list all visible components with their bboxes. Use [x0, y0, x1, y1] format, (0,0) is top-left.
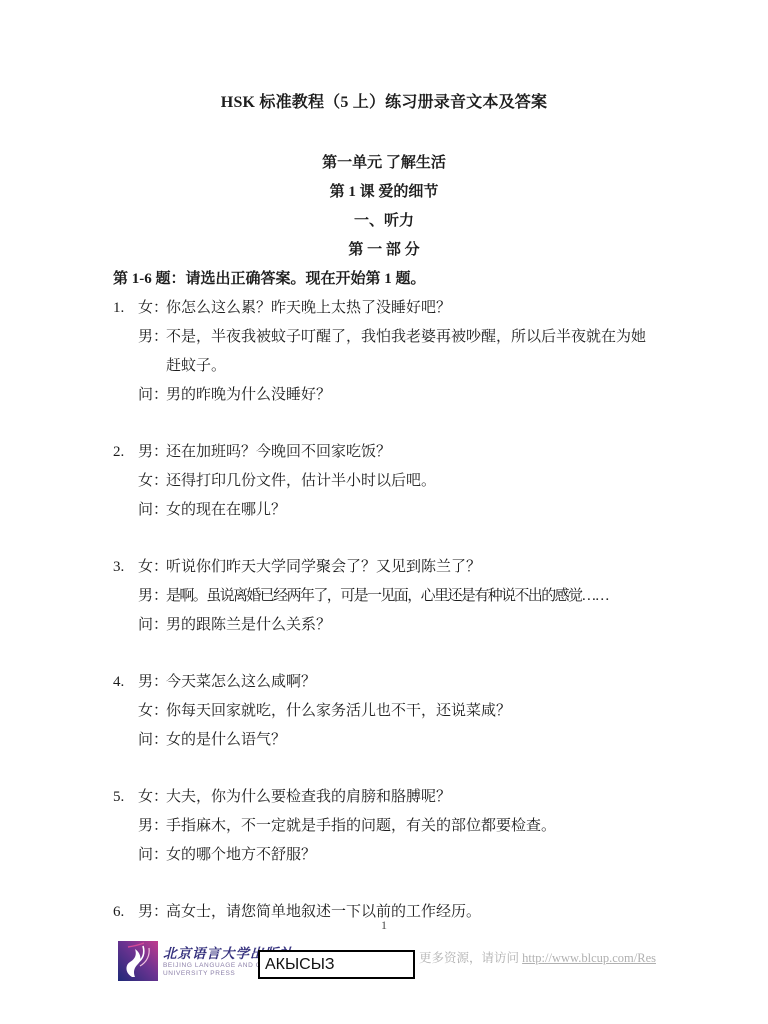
- questions-list: 1.女：你怎么这么累？昨天晚上太热了没睡好吧？男：不是，半夜我被蚊子叮醒了，我怕…: [113, 294, 655, 927]
- section-heading: 第一单元 了解生活: [0, 149, 768, 178]
- dialogue-line: 问：女的是什么语气？: [113, 726, 655, 755]
- dialogue-line: 3.女：听说你们昨天大学同学聚会了？又见到陈兰了？: [113, 553, 655, 582]
- section-heading: 第 1 课 爱的细节: [0, 178, 768, 207]
- dialogue-text: 不是，半夜我被蚊子叮醒了，我怕我老婆再被吵醒，所以后半夜就在为她赶蚊子。: [166, 329, 646, 374]
- dialogue-line: 5.女：大夫，你为什么要检查我的肩膀和胳膊呢？: [113, 783, 655, 812]
- dialogue-text: 你每天回家就吃，什么家务活儿也不干，还说菜咸？: [166, 703, 511, 719]
- page-number: 1: [0, 918, 768, 933]
- question-block: 5.女：大夫，你为什么要检查我的肩膀和胳膊呢？男：手指麻木，不一定就是手指的问题…: [113, 783, 655, 870]
- question-number: 5.: [113, 783, 124, 812]
- speaker-label: 女：: [138, 553, 168, 582]
- resources-label: 更多资源，请访问: [419, 951, 522, 965]
- question-number: 4.: [113, 668, 124, 697]
- dialogue-line: 女：还得打印几份文件，估计半小时以后吧。: [113, 467, 655, 496]
- section-heading: 一、听力: [0, 207, 768, 236]
- speaker-label: 女：: [138, 294, 168, 323]
- instruction-text: 第 1-6 题：请选出正确答案。现在开始第 1 题。: [113, 265, 655, 294]
- dialogue-line: 1.女：你怎么这么累？昨天晚上太热了没睡好吧？: [113, 294, 655, 323]
- dialogue-line: 男：是啊。虽说离婚已经两年了，可是一见面，心里还是有种说不出的感觉……: [113, 582, 655, 611]
- section-heading: 第 一 部 分: [0, 236, 768, 265]
- dialogue-line: 女：你每天回家就吃，什么家务活儿也不干，还说菜咸？: [113, 697, 655, 726]
- dialogue-line: 问：男的跟陈兰是什么关系？: [113, 611, 655, 640]
- page-footer: 北京语言大学出版社 BEIJING LANGUAGE AND CULTURE U…: [0, 938, 768, 998]
- speaker-label: 男：: [138, 438, 168, 467]
- content-area: 第 1-6 题：请选出正确答案。现在开始第 1 题。 1.女：你怎么这么累？昨天…: [113, 265, 655, 927]
- speaker-label: 女：: [138, 467, 168, 496]
- resources-note: 更多资源，请访问 http://www.blcup.com/Res: [419, 948, 656, 966]
- dialogue-text: 你怎么这么累？昨天晚上太热了没睡好吧？: [166, 300, 451, 316]
- document-page: HSK 标准教程（5 上）练习册录音文本及答案 第一单元 了解生活第 1 课 爱…: [0, 0, 768, 1024]
- dialogue-line: 问：男的昨晚为什么没睡好？: [113, 381, 655, 410]
- speaker-label: 男：: [138, 668, 168, 697]
- speaker-label: 问：: [138, 496, 168, 525]
- dialogue-text: 男的跟陈兰是什么关系？: [166, 617, 331, 633]
- dialogue-text: 男的昨晚为什么没睡好？: [166, 387, 331, 403]
- speaker-label: 男：: [138, 323, 168, 352]
- dialogue-text: 还在加班吗？今晚回不回家吃饭？: [166, 444, 391, 460]
- dialogue-text: 女的现在在哪儿？: [166, 502, 286, 518]
- page-title: HSK 标准教程（5 上）练习册录音文本及答案: [0, 0, 768, 114]
- question-block: 1.女：你怎么这么累？昨天晚上太热了没睡好吧？男：不是，半夜我被蚊子叮醒了，我怕…: [113, 294, 655, 410]
- dialogue-line: 问：女的哪个地方不舒服？: [113, 841, 655, 870]
- speaker-label: 问：: [138, 381, 168, 410]
- dialogue-line: 2.男：还在加班吗？今晚回不回家吃饭？: [113, 438, 655, 467]
- speaker-label: 女：: [138, 697, 168, 726]
- dialogue-text: 是啊。虽说离婚已经两年了，可是一见面，心里还是有种说不出的感觉……: [166, 588, 608, 604]
- dialogue-text: 还得打印几份文件，估计半小时以后吧。: [166, 473, 436, 489]
- speaker-label: 问：: [138, 726, 168, 755]
- dialogue-text: 今天菜怎么这么咸啊？: [166, 674, 316, 690]
- speaker-label: 男：: [138, 582, 168, 611]
- dialogue-text: 女的是什么语气？: [166, 732, 286, 748]
- question-block: 3.女：听说你们昨天大学同学聚会了？又见到陈兰了？男：是啊。虽说离婚已经两年了，…: [113, 553, 655, 640]
- question-block: 2.男：还在加班吗？今晚回不回家吃饭？女：还得打印几份文件，估计半小时以后吧。问…: [113, 438, 655, 525]
- dialogue-text: 手指麻木，不一定就是手指的问题，有关的部位都要检查。: [166, 818, 556, 834]
- dialogue-line: 男：手指麻木，不一定就是手指的问题，有关的部位都要检查。: [113, 812, 655, 841]
- dialogue-text: 女的哪个地方不舒服？: [166, 847, 316, 863]
- stamp-box[interactable]: АКЫСЫЗ: [258, 950, 415, 979]
- stamp-text: АКЫСЫЗ: [265, 956, 335, 974]
- question-number: 3.: [113, 553, 124, 582]
- headings-block: 第一单元 了解生活第 1 课 爱的细节一、听力第 一 部 分: [0, 149, 768, 265]
- dialogue-text: 听说你们昨天大学同学聚会了？又见到陈兰了？: [166, 559, 481, 575]
- speaker-label: 女：: [138, 783, 168, 812]
- dialogue-line: 4.男：今天菜怎么这么咸啊？: [113, 668, 655, 697]
- question-block: 4.男：今天菜怎么这么咸啊？女：你每天回家就吃，什么家务活儿也不干，还说菜咸？问…: [113, 668, 655, 755]
- dialogue-text: 大夫，你为什么要检查我的肩膀和胳膊呢？: [166, 789, 451, 805]
- question-number: 1.: [113, 294, 124, 323]
- speaker-label: 男：: [138, 812, 168, 841]
- dialogue-line: 男：不是，半夜我被蚊子叮醒了，我怕我老婆再被吵醒，所以后半夜就在为她赶蚊子。: [113, 323, 655, 381]
- speaker-label: 问：: [138, 841, 168, 870]
- dialogue-line: 问：女的现在在哪儿？: [113, 496, 655, 525]
- publisher-logo-icon: [118, 941, 158, 981]
- question-number: 2.: [113, 438, 124, 467]
- resources-link[interactable]: http://www.blcup.com/Res: [522, 951, 656, 965]
- speaker-label: 问：: [138, 611, 168, 640]
